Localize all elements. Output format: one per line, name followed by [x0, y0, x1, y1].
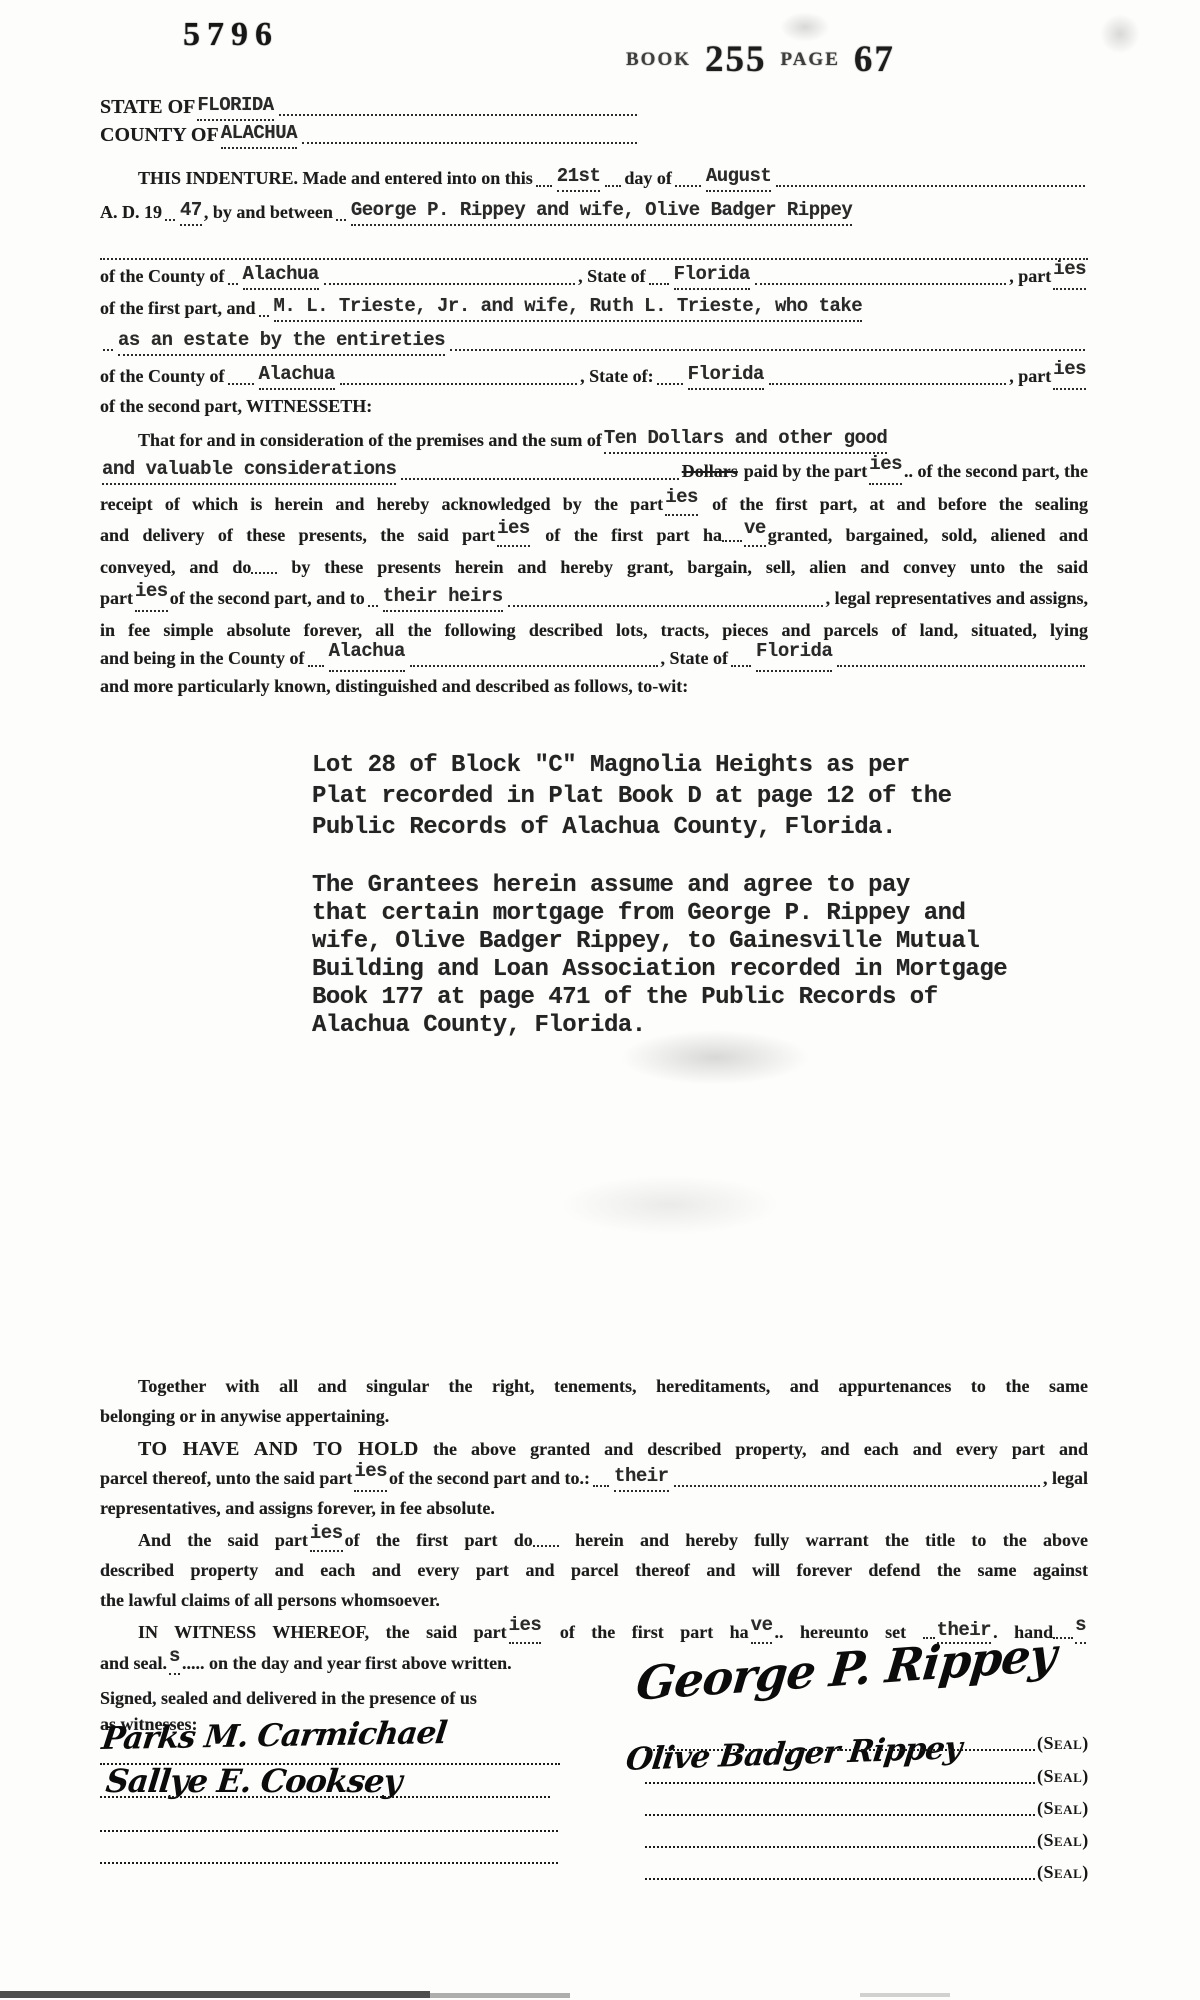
signature-line — [645, 1779, 1035, 1784]
typed-s: s — [169, 1645, 180, 1667]
seal-label: (Seal) — [1037, 1862, 1089, 1883]
dotted-leader — [302, 139, 637, 144]
scan-edge-artifact — [0, 1991, 430, 1998]
printed-text: of the first part, and — [100, 298, 256, 319]
form-line: partiesof the second part, and totheir h… — [100, 588, 1088, 612]
signature-line — [100, 1830, 558, 1832]
mortgage-assumption: The Grantees herein assume and agree to … — [312, 872, 1007, 1040]
dotted-leader — [533, 1542, 559, 1547]
state-label: STATE OF — [100, 96, 195, 119]
typed-month: August — [706, 165, 771, 187]
faint-stamp-artifact — [560, 1175, 780, 1235]
typed-state: Florida — [756, 640, 832, 662]
dotted-leader — [657, 380, 683, 385]
scan-artifact — [780, 12, 830, 42]
printed-text: of the first part ha — [560, 1622, 749, 1642]
dotted-leader — [837, 662, 1085, 667]
typed-amount: and valuable considerations — [102, 458, 396, 480]
signature-line — [100, 1763, 560, 1765]
printed-text: of the first part ha — [545, 525, 722, 545]
form-line: of the County ofAlachua, State ofFlorida… — [100, 266, 1088, 290]
typed-s: s — [1075, 1614, 1086, 1636]
printed-text: , State of — [578, 266, 645, 287]
form-line: and valuable considerationsDollarspaid b… — [100, 461, 1088, 485]
seal-line: (Seal) — [645, 1733, 1105, 1754]
form-line: as an estate by the entireties — [100, 332, 1088, 356]
printed-text: representatives, and assigns forever, in… — [100, 1498, 495, 1518]
form-line: of the second part, WITNESSETH: — [100, 396, 1088, 417]
printed-text: granted, bargained, sold, aliened and — [768, 525, 1088, 545]
seal-label: (Seal) — [1037, 1830, 1089, 1851]
county-of-line: COUNTY OFALACHUA — [100, 124, 640, 149]
printed-text: the above granted and described property… — [433, 1439, 1088, 1459]
printed-text: of the second part, and to — [170, 588, 365, 609]
dotted-leader — [100, 255, 1088, 260]
signature-line — [645, 1746, 1035, 1751]
dotted-leader — [103, 346, 113, 351]
book-page-stamp: BOOK255PAGE67 — [626, 38, 909, 81]
seal-label: (Seal) — [1037, 1733, 1089, 1754]
form-line: A. D. 1947, by and betweenGeorge P. Ripp… — [100, 202, 1088, 226]
printed-text: described property and each and every pa… — [100, 1560, 1088, 1580]
dotted-leader — [228, 280, 238, 285]
printed-text: THIS INDENTURE. Made and entered into on… — [138, 168, 533, 189]
form-line: representatives, and assigns forever, in… — [100, 1498, 1088, 1519]
typed-amount: Ten Dollars and other good — [604, 427, 887, 449]
deed-document-page: 5796 BOOK255PAGE67 STATE OFFLORIDA COUNT… — [0, 0, 1200, 2000]
seal-label: (Seal) — [1037, 1766, 1089, 1787]
dotted-leader — [450, 346, 1085, 351]
typed-line: Plat recorded in Plat Book D at page 12 … — [312, 781, 952, 812]
page-label: PAGE — [781, 49, 840, 71]
struck-word: Dollars — [682, 461, 738, 482]
form-line: belonging or in anywise appertaining. — [100, 1406, 1088, 1427]
dotted-leader — [536, 182, 552, 187]
printed-text: IN WITNESS WHEREOF, the said part — [138, 1622, 507, 1642]
typed-line: wife, Olive Badger Rippey, to Gainesvill… — [312, 928, 1007, 956]
form-line: That for and in consideration of the pre… — [100, 430, 1088, 454]
dotted-leader — [508, 602, 823, 607]
printed-text: , part — [1009, 266, 1051, 287]
dotted-leader — [675, 182, 701, 187]
signature-line — [645, 1811, 1035, 1816]
typed-line: Book 177 at page 471 of the Public Recor… — [312, 984, 1007, 1012]
printed-text: conveyed, and do — [100, 557, 251, 577]
typed-day: 21st — [557, 165, 601, 187]
printed-text: , part — [1009, 366, 1051, 387]
dotted-leader — [308, 662, 324, 667]
typed-ies: ies — [509, 1614, 542, 1636]
typed-their: their — [614, 1465, 669, 1487]
printed-text: belonging or in anywise appertaining. — [100, 1406, 389, 1426]
dotted-leader — [251, 569, 277, 574]
typed-ies: ies — [869, 453, 902, 475]
witness-intro-line: Signed, sealed and delivered in the pres… — [100, 1688, 1088, 1709]
typed-ies: ies — [1053, 258, 1086, 280]
dotted-leader — [324, 280, 575, 285]
typed-line: Public Records of Alachua County, Florid… — [312, 812, 952, 843]
printed-text: and more particularly known, distinguish… — [100, 676, 688, 696]
typed-ve: ve — [751, 1614, 773, 1636]
form-line: of the first part, andM. L. Trieste, Jr.… — [100, 298, 1088, 322]
printed-text: and seal. — [100, 1653, 167, 1673]
signature-line — [645, 1875, 1035, 1880]
typed-ies: ies — [135, 580, 168, 602]
dotted-leader — [593, 1482, 609, 1487]
printed-text: by these presents herein and hereby gran… — [291, 557, 1088, 577]
dotted-leader — [336, 216, 346, 221]
printed-text: , State of — [661, 648, 728, 669]
typed-line: The Grantees herein assume and agree to … — [312, 872, 1007, 900]
form-line: And the said partiesof the first part do… — [100, 1530, 1088, 1552]
printed-text: , legal — [1043, 1468, 1088, 1489]
printed-text: and delivery of these presents, the said… — [100, 525, 495, 545]
printed-text: in fee simple absolute forever, all the … — [100, 620, 1088, 640]
typed-ies: ies — [354, 1460, 387, 1482]
faint-stamp-artifact — [620, 1030, 810, 1085]
printed-text: That for and in consideration of the pre… — [138, 430, 602, 451]
form-line: parcel thereof, unto the said partiesof … — [100, 1468, 1088, 1492]
dotted-leader — [165, 216, 175, 221]
printed-text: parcel thereof, unto the said part — [100, 1468, 352, 1489]
county-label: COUNTY OF — [100, 124, 219, 147]
printed-text: A. D. 19 — [100, 202, 162, 223]
printed-text: and being in the County of — [100, 648, 305, 669]
typed-ies: ies — [497, 517, 530, 539]
form-line: of the County ofAlachua, State of:Florid… — [100, 366, 1088, 390]
typed-state: Florida — [674, 263, 750, 285]
signature-line — [645, 1843, 1035, 1848]
form-line: and being in the County ofAlachua, State… — [100, 648, 1088, 672]
printed-text: .. of the second part, the — [904, 461, 1088, 482]
printed-text: of the first part, at and before the sea… — [712, 494, 1088, 514]
typed-ies: ies — [310, 1522, 343, 1544]
seal-line: (Seal) — [645, 1862, 1105, 1883]
form-line: in fee simple absolute forever, all the … — [100, 620, 1088, 641]
scan-edge-artifact — [430, 1993, 570, 1998]
printed-text: Together with all and singular the right… — [138, 1376, 1088, 1396]
printed-text: And the said part — [138, 1530, 308, 1550]
dotted-leader — [340, 380, 577, 385]
dotted-leader — [776, 182, 1085, 187]
dotted-leader — [769, 380, 1006, 385]
typed-year: 47 — [180, 199, 202, 221]
witness-signature: Sallye E. Cooksey — [104, 1762, 403, 1800]
blank-dotted-line — [100, 252, 1088, 257]
property-description: Lot 28 of Block "C" Magnolia Heights as … — [312, 750, 952, 843]
dotted-leader — [410, 662, 658, 667]
dotted-leader — [605, 182, 621, 187]
form-line: receipt of which is herein and hereby ac… — [100, 494, 1088, 516]
typed-line: that certain mortgage from George P. Rip… — [312, 900, 1007, 928]
typed-line: Lot 28 of Block "C" Magnolia Heights as … — [312, 750, 952, 781]
dotted-leader — [674, 1482, 1040, 1487]
signature-line — [100, 1862, 558, 1864]
form-line: described property and each and every pa… — [100, 1560, 1088, 1581]
seal-line: (Seal) — [645, 1798, 1105, 1819]
typed-state: Florida — [688, 363, 764, 385]
dotted-leader — [731, 662, 751, 667]
printed-text: of the County of — [100, 266, 225, 287]
dotted-leader — [401, 475, 678, 480]
form-line: Together with all and singular the right… — [100, 1376, 1088, 1397]
printed-text: Signed, sealed and delivered in the pres… — [100, 1688, 477, 1708]
printed-text: ..... on the day and year first above wr… — [182, 1653, 512, 1673]
form-line: the lawful claims of all persons whomsoe… — [100, 1590, 1088, 1611]
form-line: TO HAVE AND TO HOLD the above granted an… — [100, 1438, 1088, 1461]
dotted-leader — [368, 602, 378, 607]
typed-ve: ve — [744, 517, 766, 539]
county-value: ALACHUA — [221, 122, 297, 144]
typed-line: Building and Loan Association recorded i… — [312, 956, 1007, 984]
printed-text: of the first part do — [345, 1530, 533, 1550]
typed-entireties: as an estate by the entireties — [118, 329, 445, 351]
form-line: and more particularly known, distinguish… — [100, 676, 1088, 697]
printed-text: day of — [624, 168, 672, 189]
dotted-leader — [755, 280, 1006, 285]
typed-grantors: George P. Rippey and wife, Olive Badger … — [351, 199, 853, 221]
signature-line — [100, 1796, 550, 1798]
typed-ies: ies — [1053, 358, 1086, 380]
printed-text: of the County of — [100, 366, 225, 387]
book-label: BOOK — [626, 49, 691, 71]
dotted-leader — [279, 111, 637, 116]
printed-text: the lawful claims of all persons whomsoe… — [100, 1590, 440, 1610]
printed-text: , by and between — [204, 202, 333, 223]
seal-line: (Seal) — [645, 1766, 1105, 1787]
document-number-stamp: 5796 — [183, 16, 279, 54]
seal-line: (Seal) — [645, 1830, 1105, 1851]
printed-text: part — [100, 588, 133, 609]
page-number: 67 — [854, 38, 895, 81]
typed-heirs: their heirs — [383, 585, 503, 607]
state-of-line: STATE OFFLORIDA — [100, 96, 640, 121]
dotted-leader — [722, 537, 742, 542]
printed-text: receipt of which is herein and hereby ac… — [100, 494, 663, 514]
printed-text: , legal representatives and assigns, — [826, 588, 1088, 609]
dotted-leader — [649, 280, 669, 285]
typed-grantees: M. L. Trieste, Jr. and wife, Ruth L. Tri… — [274, 295, 863, 317]
typed-county: Alachua — [329, 640, 405, 662]
form-line: conveyed, and do by these presents herei… — [100, 557, 1088, 578]
seal-label: (Seal) — [1037, 1798, 1089, 1819]
dotted-leader — [228, 380, 254, 385]
printed-text: , State of: — [580, 366, 653, 387]
printed-text: of the second part, WITNESSETH: — [100, 396, 372, 416]
state-value: FLORIDA — [197, 94, 273, 116]
witness-signature: Parks M. Carmichael — [100, 1715, 449, 1757]
scan-edge-artifact — [860, 1993, 950, 1997]
form-line: and delivery of these presents, the said… — [100, 525, 1088, 547]
form-line: THIS INDENTURE. Made and entered into on… — [100, 168, 1088, 192]
typed-ies: ies — [665, 486, 698, 508]
printed-text: of the second part and to.: — [389, 1468, 590, 1489]
printed-text: paid by the part — [744, 461, 868, 482]
printed-heading: TO HAVE AND TO HOLD — [138, 1438, 419, 1460]
typed-county: Alachua — [243, 263, 319, 285]
scan-artifact — [1100, 14, 1140, 54]
printed-text: herein and hereby fully warrant the titl… — [575, 1530, 1088, 1550]
typed-county: Alachua — [259, 363, 335, 385]
dotted-leader — [259, 312, 269, 317]
book-number: 255 — [705, 38, 767, 81]
